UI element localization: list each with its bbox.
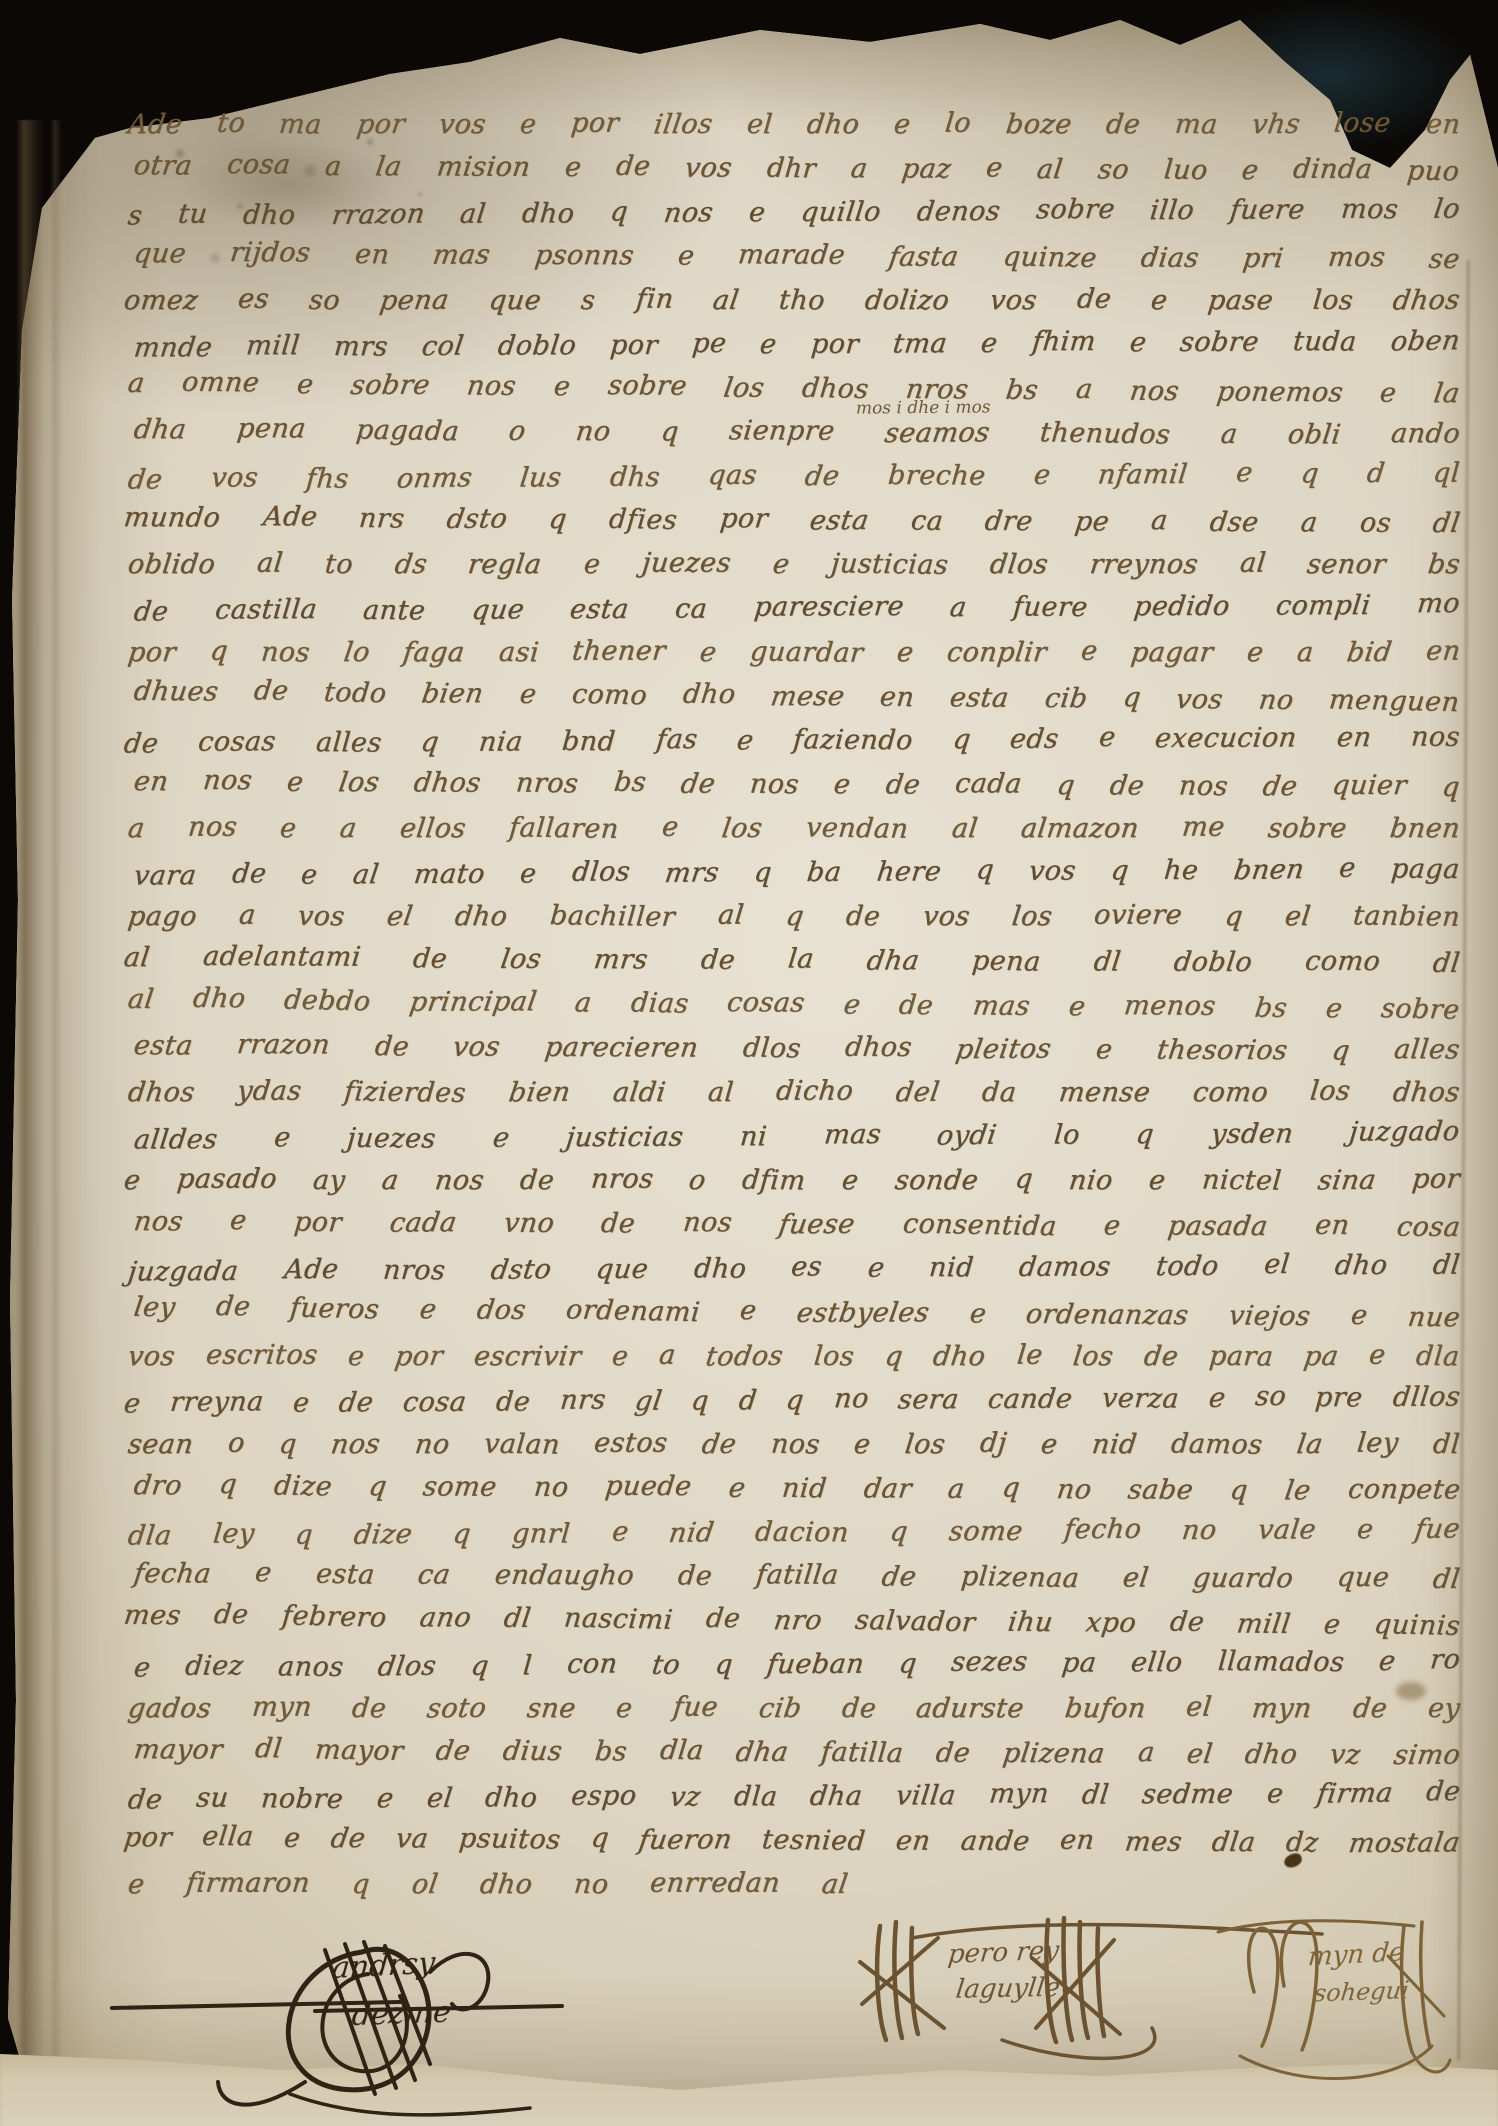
- manuscript-line: decosasallesqniabndfasefaziendoqedseexec…: [124, 709, 1460, 760]
- interlinear-note: mos i dhe i mos: [856, 397, 991, 418]
- manuscript-line: varadeealmatoedlosmrsqbahereqvosqhebnene…: [134, 841, 1460, 892]
- signature-right: myn de sohegui: [1218, 1896, 1468, 2096]
- signature-rubric-left: [100, 1912, 570, 2112]
- manuscript-line: porqnoslofagaasithenereguardareconplirep…: [128, 624, 1460, 668]
- manuscript-line: droqdizeqsomenopuedeeniddaraqnosabeqleco…: [134, 1457, 1460, 1507]
- binding-gutter-edge: [0, 120, 72, 2080]
- manuscript-line: mayordlmayordediusbsdladhafatilladeplize…: [134, 1721, 1460, 1771]
- signature-left: andrsy dezme: [100, 1912, 570, 2112]
- manuscript-line: dhapenapagadaonoqsienpreseamosthenudosao…: [134, 401, 1460, 451]
- manuscript-line: alldesejuezesejusticiasnimasoydiloqysden…: [134, 1105, 1460, 1156]
- signature-left-name-2: dezme: [350, 1994, 453, 2033]
- manuscript-line: querijdosenmaspsonnsemaradefastaquinzedi…: [134, 225, 1460, 275]
- scanned-manuscript-page: Adetomaporvoseporilloseldhoelobozedemavh…: [0, 0, 1498, 2126]
- manuscript-line: omezessopenaquesfinalthodolizovosdeepase…: [124, 272, 1460, 316]
- manuscript-line: leydefuerosedosordenamieestbyeleseordena…: [134, 1279, 1460, 1333]
- signature-right-name: myn de: [1307, 1937, 1406, 1972]
- manuscript-line: vosescritoseporescrivireatodoslosqdholel…: [128, 1328, 1460, 1372]
- manuscript-line: epasadoayanosdenrosodfimesondeqnioenicte…: [124, 1152, 1460, 1196]
- signature-left-name: andrsy: [331, 1945, 437, 1986]
- signature-right-name-2: sohegui: [1313, 1976, 1411, 2007]
- manuscript-line: ediezanosdlosqlcontoqfuebanqsezespaellol…: [134, 1633, 1460, 1684]
- ink-smudge: [1396, 1682, 1426, 1700]
- manuscript-line: studhorrazonaldhoqnosequillodenossobreil…: [128, 181, 1460, 232]
- manuscript-line: estarrazondevosparecierendlosdhospleitos…: [134, 1017, 1460, 1067]
- manuscript-line: seanoqnosnovalanestosdenoselosdjeniddamo…: [128, 1416, 1460, 1460]
- manuscript-line: ennoselosdhosnrosbsdenosedecadaqdenosdeq…: [134, 753, 1460, 803]
- manuscript-line: porellaedevapsuitosqfuerontesniedenandee…: [124, 1809, 1460, 1859]
- manuscript-line: oblidoaltodsreglaejuezesejusticiasdlosrr…: [128, 536, 1460, 580]
- manuscript-line: pagoavoseldhobachilleralqdevoslosoviereq…: [128, 888, 1460, 932]
- manuscript-line: gadosmyndesotosneefuecibdeadurstebufonel…: [128, 1680, 1460, 1724]
- manuscript-line: desunobreeeldhoespovzdladhavillamyndlsed…: [128, 1765, 1460, 1816]
- manuscript-text: Adetomaporvoseporilloseldhoelobozedemavh…: [128, 96, 1460, 1912]
- manuscript-line: erreynaedecosadenrsglqdqnoseracandeverza…: [124, 1369, 1460, 1420]
- manuscript-line: mundoAdenrsdstoqdfiesporestacadrepeadsea…: [124, 489, 1460, 539]
- manuscript-line: Adetomaporvoseporilloseldhoelobozedemavh…: [128, 96, 1460, 140]
- signature-center-name: pero rey: [946, 1936, 1060, 1970]
- manuscript-line: dlaleyqdizeqgnrleniddacionqsomefechonova…: [128, 1501, 1460, 1552]
- manuscript-line: anoseaellosfallarenelosvendanalalmazonme…: [128, 800, 1460, 844]
- manuscript-line: otracosaalamisionedevosdhrapazealsoluoed…: [134, 137, 1460, 187]
- manuscript-line: efirmaronqoldhonoenrredanal: [128, 1856, 848, 1900]
- manuscript-line: dhosydasfizierdesbienaldialdichodeldamen…: [128, 1064, 1460, 1108]
- signature-center-name-2: laguylle: [954, 1973, 1062, 2005]
- manuscript-line: decastillaantequeestacaparesciereafuerep…: [134, 577, 1460, 628]
- manuscript-line: devosfhsonmslusdhsqasdebrecheenfamileqdq…: [128, 445, 1460, 496]
- manuscript-line: noseporcadavnodenosfueseconsentidaepasad…: [134, 1193, 1460, 1243]
